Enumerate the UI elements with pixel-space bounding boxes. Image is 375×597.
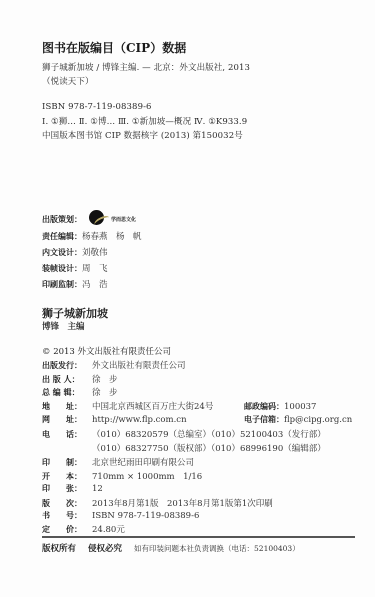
pub-value: 徐 步 bbox=[92, 375, 118, 385]
pub-row: 版 次：2013年8月第1版 2013年8月第1版第1次印刷 bbox=[42, 497, 273, 509]
pub-value: 2013年8月第1版 2013年8月第1版第1次印刷 bbox=[92, 499, 273, 509]
pub-label: 地 址： bbox=[42, 401, 92, 412]
pub-value: 徐 步 bbox=[92, 388, 118, 398]
staff-planning: 出版策划： bbox=[42, 214, 82, 225]
pub-value: 100037 bbox=[284, 402, 316, 412]
pub-row: 网 址：http://www.flp.com.cn电子信箱：flp@cipg.o… bbox=[42, 414, 352, 425]
rights-text: 版权所有 bbox=[42, 544, 76, 554]
pub-label: 定 价： bbox=[42, 524, 92, 535]
cip-line: ISBN 978-7-119-08389-6 bbox=[42, 102, 152, 112]
pub-label: 印 制： bbox=[42, 457, 92, 468]
staff-row: 印刷监制：冯 浩 bbox=[42, 278, 108, 290]
pub-email[interactable]: flp@cipg.org.cn bbox=[284, 415, 352, 425]
pub-row: （010）68327750（版权部）（010）68996190（编辑部） bbox=[42, 442, 326, 454]
staff-value: 周 飞 bbox=[82, 264, 108, 274]
pub-label: 出 版 人： bbox=[42, 374, 92, 385]
copyright: © 2013 外文出版社有限责任公司 bbox=[42, 345, 171, 357]
divider bbox=[42, 536, 355, 538]
pub-link[interactable]: http://www.flp.com.cn bbox=[92, 415, 244, 425]
pub-row: 出版发行：外文出版社有限责任公司 bbox=[42, 359, 186, 371]
staff-label: 印刷监制： bbox=[42, 280, 82, 289]
pub-row: 开 本：710mm × 1000mm 1/16 bbox=[42, 470, 202, 482]
pub-value: ISBN 978-7-119-08389-6 bbox=[92, 511, 199, 521]
pub-row: 电 话：（010）68320579（总编室）（010）52100403（发行部） bbox=[42, 428, 326, 440]
pub-value: 24.80元 bbox=[92, 525, 125, 535]
staff-label: 出版策划： bbox=[42, 215, 82, 224]
pub-value: （010）68320579（总编室）（010）52100403（发行部） bbox=[92, 430, 326, 440]
pub-value: 北京世纪雨田印刷有限公司 bbox=[92, 458, 194, 468]
pub-row: 出 版 人：徐 步 bbox=[42, 373, 118, 385]
pub-value: 外文出版社有限责任公司 bbox=[92, 361, 186, 371]
pub-label: 开 本： bbox=[42, 471, 92, 482]
pub-row: 定 价：24.80元 bbox=[42, 523, 125, 535]
logo-text: 学而思文化 bbox=[111, 216, 136, 223]
staff-label: 装帧设计： bbox=[42, 264, 82, 273]
footer: 版权所有侵权必究如有印装问题本社负责调换（电话：52100403） bbox=[42, 542, 300, 554]
publisher-logo: 学而思文化 bbox=[89, 210, 169, 226]
staff-row: 内文设计：刘敬伟 bbox=[42, 246, 108, 258]
pub-row: 印 制：北京世纪雨田印刷有限公司 bbox=[42, 456, 194, 468]
pub-row: 书 号：ISBN 978-7-119-08389-6 bbox=[42, 510, 199, 521]
pub-value: （010）68327750（版权部）（010）68996190（编辑部） bbox=[92, 444, 326, 454]
pub-label: 电子信箱： bbox=[244, 415, 284, 424]
pub-label: 印 张： bbox=[42, 483, 92, 494]
staff-value: 刘敬伟 bbox=[82, 248, 108, 258]
staff-row: 责任编辑：杨春燕 杨 帆 bbox=[42, 230, 142, 242]
pub-label: 总 编 辑： bbox=[42, 387, 92, 398]
pub-row: 印 张：12 bbox=[42, 483, 103, 494]
staff-value: 冯 浩 bbox=[82, 280, 108, 290]
piracy-text: 侵权必究 bbox=[88, 544, 122, 554]
staff-label: 责任编辑： bbox=[42, 232, 82, 241]
cip-line: Ⅰ. ①狮… Ⅱ. ①博… Ⅲ. ①新加坡—概况 Ⅳ. ①K933.9 bbox=[42, 115, 247, 127]
pub-label: 出版发行： bbox=[42, 360, 92, 371]
cip-line: （悦读天下） bbox=[42, 75, 94, 87]
pub-label: 书 号： bbox=[42, 510, 92, 521]
cip-line: 狮子城新加坡 / 博锋主编. — 北京：外文出版社, 2013 bbox=[42, 61, 250, 73]
pub-value: 中国北京西城区百万庄大街24号 bbox=[92, 400, 244, 412]
staff-label: 内文设计： bbox=[42, 248, 82, 257]
pub-row: 总 编 辑：徐 步 bbox=[42, 386, 118, 398]
pub-label: 邮政编码： bbox=[244, 402, 284, 411]
pub-row: 地 址：中国北京西城区百万庄大街24号邮政编码：100037 bbox=[42, 400, 316, 412]
pub-label: 版 次： bbox=[42, 498, 92, 509]
footer-note: 如有印装问题本社负责调换（电话：52100403） bbox=[134, 544, 300, 553]
book-editor: 博锋 主编 bbox=[42, 320, 85, 332]
pub-value: 12 bbox=[92, 484, 103, 494]
pub-label: 电 话： bbox=[42, 429, 92, 440]
staff-row: 装帧设计：周 飞 bbox=[42, 262, 108, 274]
book-title: 狮子城新加坡 bbox=[42, 305, 108, 321]
cip-line: 中国版本图书馆 CIP 数据核字 (2013) 第150032号 bbox=[42, 129, 243, 141]
pub-value: 710mm × 1000mm 1/16 bbox=[92, 472, 202, 482]
pub-label: 网 址： bbox=[42, 414, 92, 425]
staff-value: 杨春燕 杨 帆 bbox=[82, 232, 142, 242]
cip-title: 图书在版编目（CIP）数据 bbox=[42, 39, 186, 56]
